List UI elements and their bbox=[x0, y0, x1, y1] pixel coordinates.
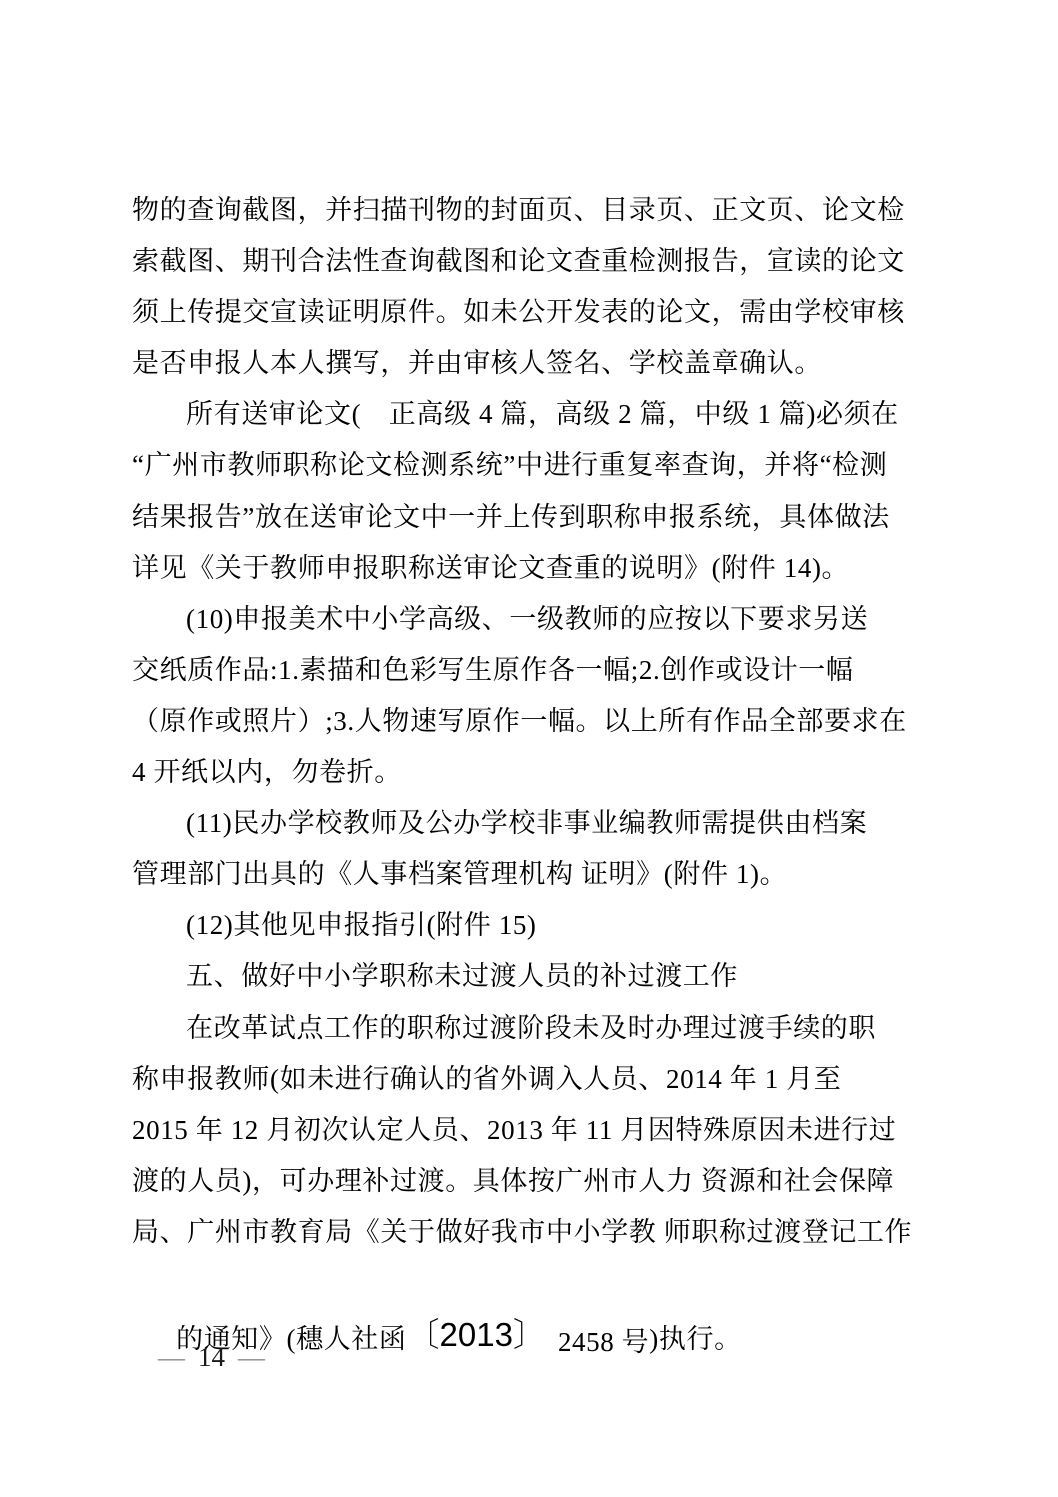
text-line: 详见《关于教师申报职称送审论文查重的说明》(附件 14)。 bbox=[132, 543, 932, 594]
footer-dash-left: — bbox=[158, 1342, 185, 1372]
page-footer: —14— bbox=[158, 1341, 265, 1373]
text-segment: )执行。 bbox=[649, 1324, 741, 1354]
text-line: 所有送审论文( 正高级 4 篇，高级 2 篇，中级 1 篇)必须在 bbox=[132, 389, 932, 440]
page-number: 14 bbox=[198, 1342, 225, 1372]
footer-dash-right: — bbox=[238, 1342, 265, 1372]
text-line: (11)民办学校教师及公办学校非事业编教师需提供由档案 bbox=[132, 798, 932, 849]
text-line: 是否申报人本人撰写，并由审核人签名、学校盖章确认。 bbox=[132, 338, 932, 389]
text-line: (10)申报美术中小学高级、一级教师的应按以下要求另送 bbox=[132, 594, 932, 645]
text-line: 物的查询截图，并扫描刊物的封面页、目录页、正文页、论文检 bbox=[132, 185, 932, 236]
text-line: 渡的人员)，可办理补过渡。具体按广州市人力 资源和社会保障 bbox=[132, 1156, 932, 1207]
text-line: 交纸质作品:1.素描和色彩写生原作各一幅;2.创作或设计一幅 bbox=[132, 645, 932, 696]
text-line: 称申报教师(如未进行确认的省外调入人员、2014 年 1 月至 bbox=[132, 1054, 932, 1105]
document-number-year: 〔2013〕 bbox=[407, 1316, 546, 1353]
text-line: 2015 年 12 月初次认定人员、2013 年 11 月因特殊原因未进行过 bbox=[132, 1105, 932, 1156]
text-line: 管理部门出具的《人事档案管理机构 证明》(附件 1)。 bbox=[132, 849, 932, 900]
text-line: 须上传提交宣读证明原件。如未公开发表的论文，需由学校审核 bbox=[132, 287, 932, 338]
text-line: “广州市教师职称论文检测系统”中进行重复率查询，并将“检测 bbox=[132, 440, 932, 491]
text-line: 的通知》(穗人社函〔2013〕2458 号)执行。 bbox=[132, 1258, 932, 1309]
document-page: 物的查询截图，并扫描刊物的封面页、目录页、正文页、论文检 索截图、期刊合法性查询… bbox=[0, 0, 1058, 1497]
text-line: 4 开纸以内，勿卷折。 bbox=[132, 747, 932, 798]
text-line: （原作或照片）;3.人物速写原作一幅。以上所有作品全部要求在 bbox=[132, 696, 932, 747]
text-line: 结果报告”放在送审论文中一并上传到职称申报系统，具体做法 bbox=[132, 492, 932, 543]
section-heading: 五、做好中小学职称未过渡人员的补过渡工作 bbox=[132, 951, 932, 1002]
text-line: 在改革试点工作的职称过渡阶段未及时办理过渡手续的职 bbox=[132, 1003, 932, 1054]
text-line: 局、广州市教育局《关于做好我市中小学教 师职称过渡登记工作 bbox=[132, 1207, 932, 1258]
text-line: (12)其他见申报指引(附件 15) bbox=[132, 900, 932, 951]
document-number: 2458 号 bbox=[558, 1327, 649, 1357]
text-line: 索截图、期刊合法性查询截图和论文查重检测报告，宣读的论文 bbox=[132, 236, 932, 287]
document-body: 物的查询截图，并扫描刊物的封面页、目录页、正文页、论文检 索截图、期刊合法性查询… bbox=[132, 185, 932, 1309]
